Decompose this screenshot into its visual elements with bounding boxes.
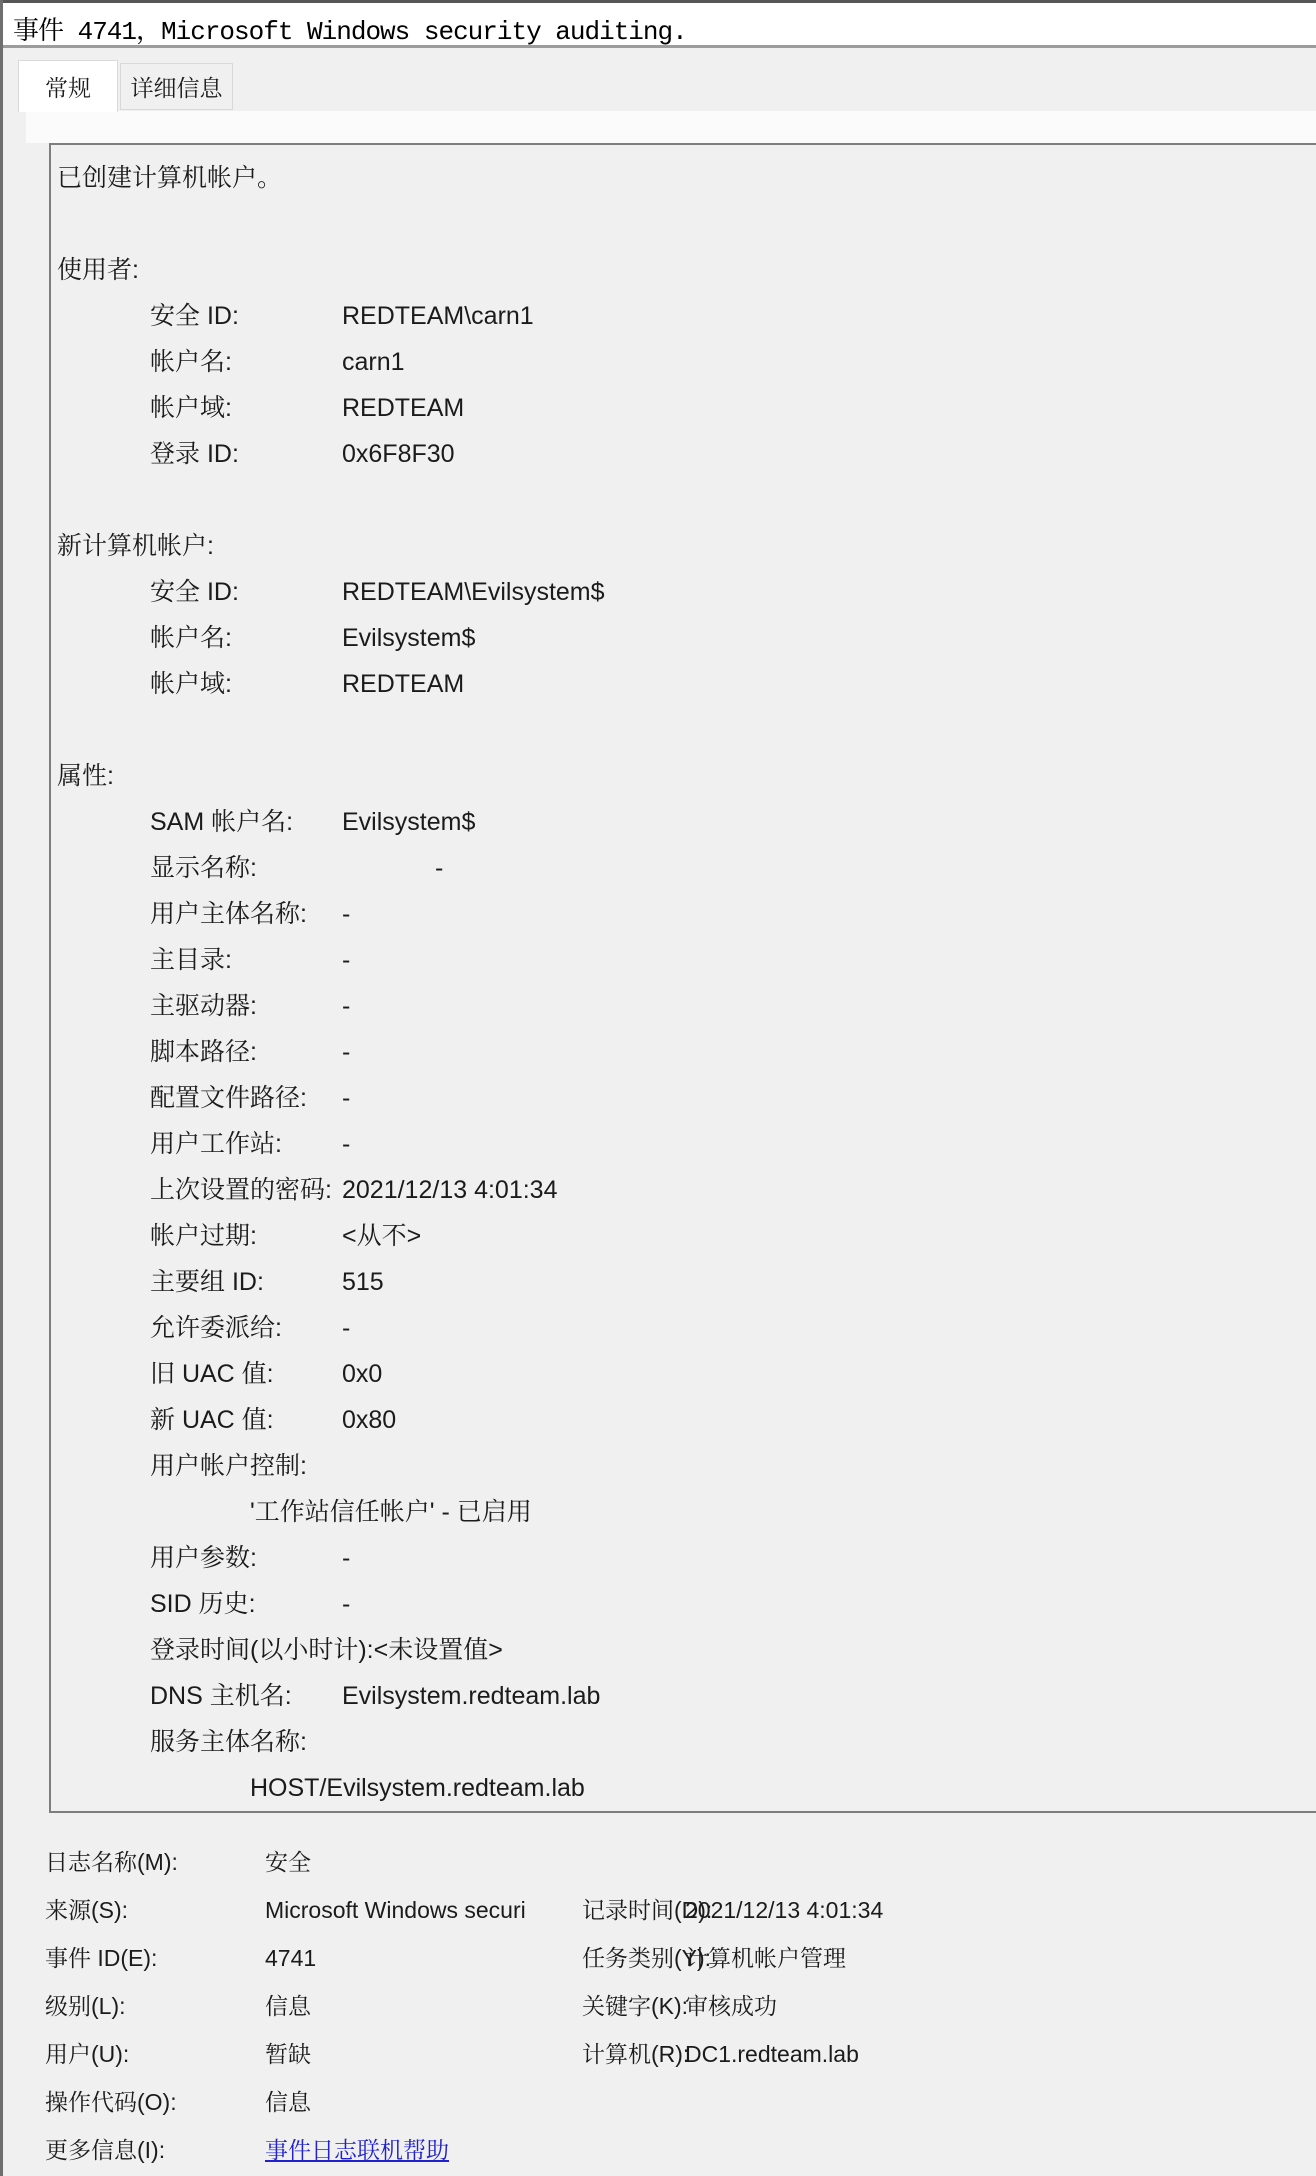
event-description-line: 旧 UAC 值:0x0 [57,1351,1316,1397]
description-field-label: 脚本路径: [150,1029,342,1075]
event-description-line: 新计算机帐户: [57,523,1316,569]
description-field-label: 显示名称: [150,845,435,891]
event-description-line: 帐户名:Evilsystem$ [57,615,1316,661]
description-field-label: 用户主体名称: [150,891,342,937]
description-field-value: - [342,1590,350,1618]
description-field-value: <从不> [342,1222,421,1250]
tab-general-label: 常规 [45,70,91,103]
event-description-line [57,477,1316,523]
detail-right-value: 2021/12/13 4:01:34 [685,1886,883,1934]
detail-row: 来源(S): Microsoft Windows securi 记录时间(D):… [45,1886,1316,1934]
event-description-line: 帐户过期:<从不> [57,1213,1316,1259]
event-description-line [57,201,1316,247]
description-field-label: 主要组 ID: [150,1259,342,1305]
event-details-grid: 日志名称(M): 安全 来源(S): Microsoft Windows sec… [45,1838,1316,2174]
dialog-left-border [0,0,3,2176]
detail-label: 更多信息(I): [45,2126,165,2174]
description-field-value: 已创建计算机帐户。 [57,164,282,192]
event-description-line: '工作站信任帐户' - 已启用 [57,1489,1316,1535]
title-divider [3,45,1316,48]
event-description-line: 主驱动器:- [57,983,1316,1029]
event-description-line: 用户帐户控制: [57,1443,1316,1489]
detail-right-value: 计算机帐户管理 [685,1934,846,1982]
event-description-line: 登录时间(以小时计):<未设置值> [57,1627,1316,1673]
description-field-label: 帐户名: [150,615,342,661]
description-field-value: carn1 [342,348,405,376]
event-properties-dialog: { "window": { "title": "事件 4741，Microsof… [0,0,1316,2176]
description-field-label: 安全 ID: [150,569,342,615]
event-log-online-help-link[interactable]: 事件日志联机帮助 [265,2126,449,2174]
description-field-value: - [342,1084,350,1112]
description-field-value: - [342,992,350,1020]
description-field-value: - [342,1544,350,1572]
event-description-line: HOST/Evilsystem.redteam.lab [57,1765,1316,1811]
description-field-label: 安全 ID: [150,293,342,339]
description-field-label: 旧 UAC 值: [150,1351,342,1397]
tab-details[interactable]: 详细信息 [120,63,233,110]
description-field-value: 属性: [57,762,114,790]
event-description-line: 配置文件路径:- [57,1075,1316,1121]
description-field-label: 允许委派给: [150,1305,342,1351]
description-field-value: 515 [342,1268,384,1296]
detail-row: 用户(U): 暂缺 计算机(R): DC1.redteam.lab [45,2030,1316,2078]
detail-label: 日志名称(M): [45,1838,178,1886]
event-description-line: DNS 主机名:Evilsystem.redteam.lab [57,1673,1316,1719]
description-field-value: REDTEAM [342,670,464,698]
event-description-line: 已创建计算机帐户。 [57,155,1316,201]
description-field-value: Evilsystem$ [342,808,475,836]
detail-label: 级别(L): [45,1982,126,2030]
event-description-line: 允许委派给:- [57,1305,1316,1351]
event-description-line: 使用者: [57,247,1316,293]
description-field-value: - [342,1038,350,1066]
description-field-value: 0x0 [342,1360,382,1388]
description-field-label: DNS 主机名: [150,1673,342,1719]
event-description-line: 上次设置的密码:2021/12/13 4:01:34 [57,1167,1316,1213]
detail-label: 事件 ID(E): [45,1934,157,1982]
description-field-label: 帐户名: [150,339,342,385]
description-field-value: 2021/12/13 4:01:34 [342,1176,557,1204]
description-field-value: REDTEAM [342,394,464,422]
description-field-value: - [342,946,350,974]
event-description-line: 帐户域:REDTEAM [57,661,1316,707]
description-field-label: SAM 帐户名: [150,799,342,845]
event-description-line [57,707,1316,753]
description-field-value: 0x80 [342,1406,396,1434]
event-description-line: 服务主体名称: [57,1719,1316,1765]
description-field-value: REDTEAM\carn1 [342,302,534,330]
description-field-value: <未设置值> [374,1636,503,1664]
event-description-line: 帐户域:REDTEAM [57,385,1316,431]
detail-value: 信息 [265,1982,311,2030]
description-field-value: Evilsystem$ [342,624,475,652]
description-field-label: 帐户过期: [150,1213,342,1259]
detail-value: 安全 [265,1838,311,1886]
event-description-line: 安全 ID:REDTEAM\Evilsystem$ [57,569,1316,615]
event-description-box[interactable]: 已创建计算机帐户。使用者:安全 ID:REDTEAM\carn1帐户名:carn… [49,143,1316,1813]
title-bar: 事件 4741，Microsoft Windows security audit… [3,3,1316,45]
description-field-label: 服务主体名称: [150,1719,342,1765]
description-field-value: HOST/Evilsystem.redteam.lab [250,1774,585,1802]
detail-row: 操作代码(O): 信息 [45,2078,1316,2126]
detail-row: 更多信息(I): 事件日志联机帮助 [45,2126,1316,2174]
event-description-line: 安全 ID:REDTEAM\carn1 [57,293,1316,339]
description-field-value: 使用者: [57,256,139,284]
window-title: 事件 4741，Microsoft Windows security audit… [13,10,687,47]
description-field-label: 新 UAC 值: [150,1397,342,1443]
description-field-value: - [342,900,350,928]
description-field-value: 新计算机帐户: [57,532,214,560]
description-field-label: 主目录: [150,937,342,983]
description-field-value: '工作站信任帐户' - 已启用 [250,1498,532,1526]
event-description-line: 用户主体名称:- [57,891,1316,937]
event-description-line: 用户工作站:- [57,1121,1316,1167]
event-description-line: 主要组 ID:515 [57,1259,1316,1305]
detail-right-value: DC1.redteam.lab [685,2030,859,2078]
detail-value: 4741 [265,1934,316,1982]
description-field-value: - [435,854,443,882]
event-description-line: 帐户名:carn1 [57,339,1316,385]
description-field-value: 0x6F8F30 [342,440,455,468]
description-field-label: 登录 ID: [150,431,342,477]
event-description-line: 主目录:- [57,937,1316,983]
description-field-label: 帐户域: [150,385,342,431]
description-field-label: SID 历史: [150,1581,342,1627]
detail-row: 级别(L): 信息 关键字(K): 审核成功 [45,1982,1316,2030]
detail-label: 操作代码(O): [45,2078,177,2126]
event-description-line: 新 UAC 值:0x80 [57,1397,1316,1443]
detail-value: Microsoft Windows securi [265,1886,526,1934]
detail-right-value: 审核成功 [685,1982,777,2030]
description-field-value: - [342,1130,350,1158]
detail-label: 用户(U): [45,2030,129,2078]
description-field-label: 帐户域: [150,661,342,707]
description-field-label: 登录时间(以小时计): [150,1627,374,1673]
event-description-line: SID 历史:- [57,1581,1316,1627]
description-field-value: REDTEAM\Evilsystem$ [342,578,605,606]
event-description-line: 用户参数:- [57,1535,1316,1581]
detail-right-label: 计算机(R): [582,2030,689,2078]
detail-right-label: 关键字(K): [582,1982,688,2030]
description-field-value: Evilsystem.redteam.lab [342,1682,600,1710]
description-field-label: 上次设置的密码: [150,1167,342,1213]
event-description-line: 属性: [57,753,1316,799]
tab-general[interactable]: 常规 [18,60,118,112]
event-description-line: 登录 ID:0x6F8F30 [57,431,1316,477]
description-field-label: 用户工作站: [150,1121,342,1167]
event-description-line: 显示名称:- [57,845,1316,891]
detail-value: 信息 [265,2078,311,2126]
event-description-line: SAM 帐户名:Evilsystem$ [57,799,1316,845]
description-field-label: 配置文件路径: [150,1075,342,1121]
description-field-label: 用户参数: [150,1535,342,1581]
tab-panel-highlight [26,111,1316,143]
description-field-value: - [342,1314,350,1342]
detail-label: 来源(S): [45,1886,128,1934]
tab-strip: 常规 详细信息 [18,60,233,112]
event-description-line: 脚本路径:- [57,1029,1316,1075]
detail-value: 暂缺 [265,2030,311,2078]
tab-details-label: 详细信息 [131,70,223,103]
detail-row: 日志名称(M): 安全 [45,1838,1316,1886]
description-field-label: 主驱动器: [150,983,342,1029]
description-field-label: 用户帐户控制: [150,1443,342,1489]
detail-row: 事件 ID(E): 4741 任务类别(Y): 计算机帐户管理 [45,1934,1316,1982]
